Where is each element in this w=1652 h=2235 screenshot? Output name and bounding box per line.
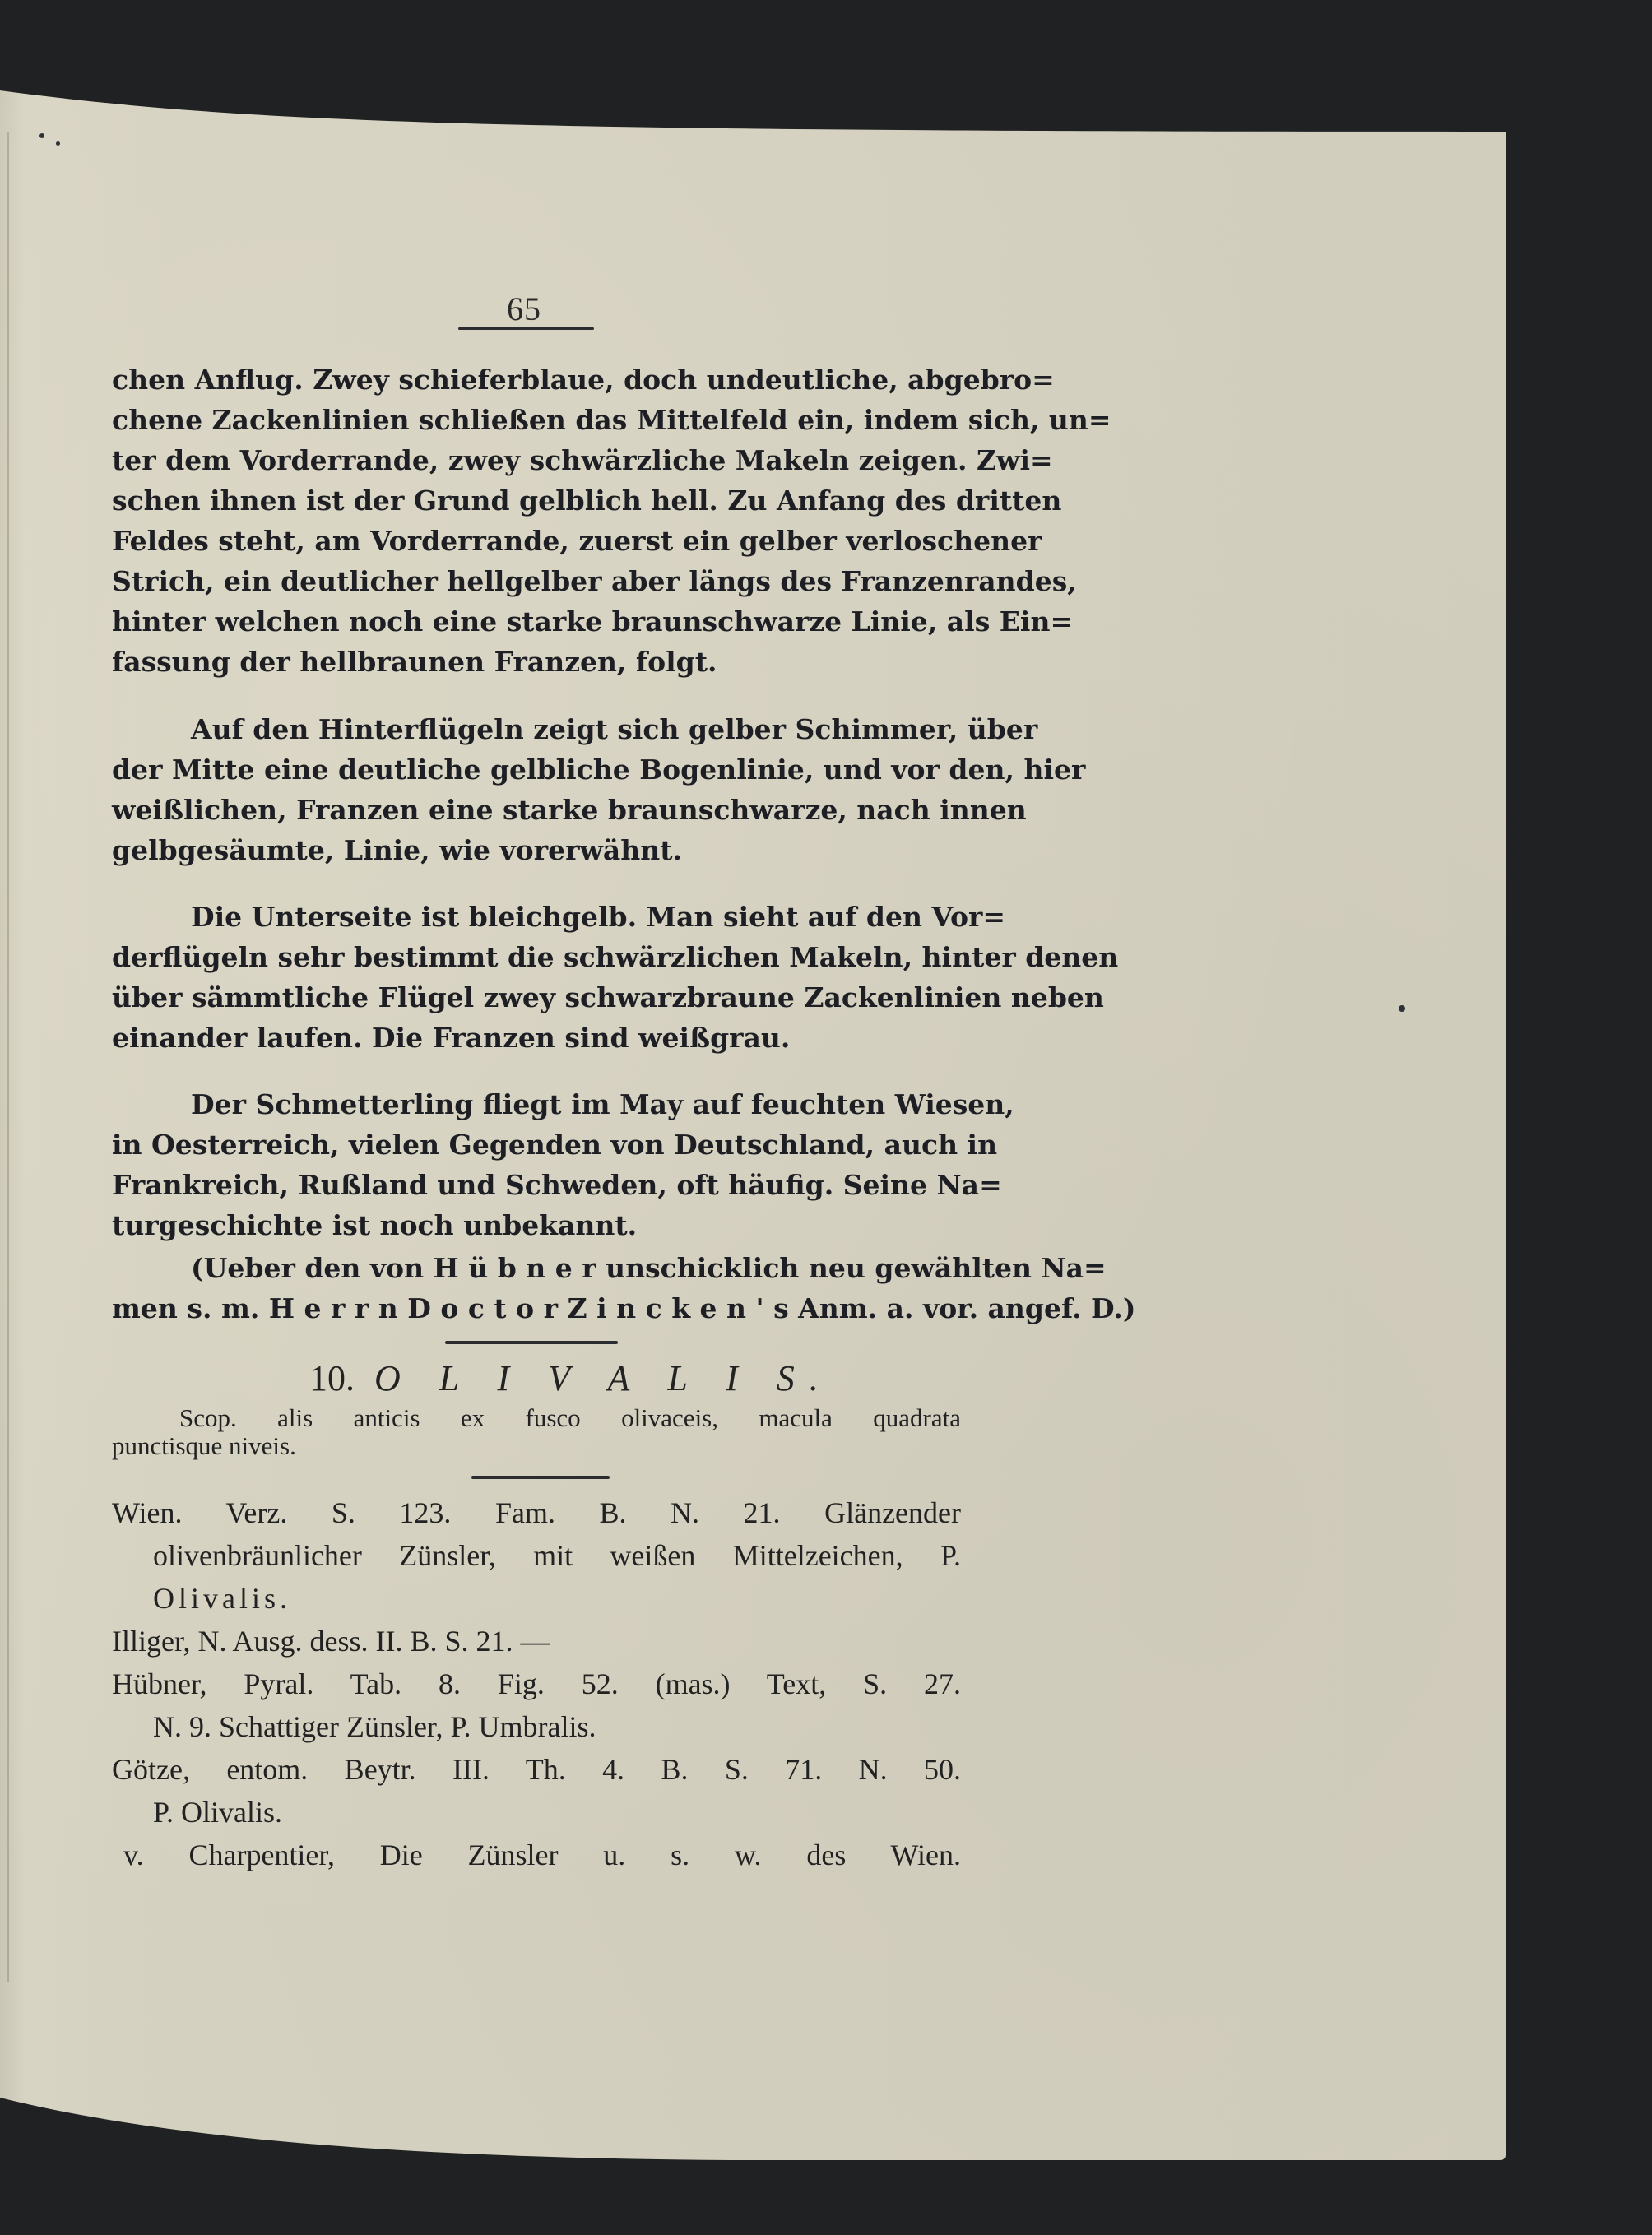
text-line: Feldes steht, am Vorderrande, zuerst ein… [112,523,961,559]
page-number: 65 [507,290,541,328]
text-line: der Mitte eine deutliche gelbliche Bogen… [112,752,961,788]
text-line: chen Anflug. Zwey schieferblaue, doch un… [112,362,961,398]
text-line: Die Unterseite ist bleichgelb. Man sieht… [191,899,961,935]
text-line: fassung der hellbraunen Franzen, folgt. [112,644,961,680]
reference-line: Illiger, N. Ausg. dess. II. B. S. 21. — [112,1624,550,1658]
text-line: weißlichen, Franzen eine starke braunsch… [112,792,961,828]
page-number-rule [458,327,594,330]
reference-line: v. Charpentier, Die Zünsler u. s. w. des… [123,1838,961,1872]
text-line: hinter welchen noch eine starke braunsch… [112,604,961,640]
text-line: gelbgesäumte, Linie, wie vorerwähnt. [112,832,961,869]
text-line: über sämmtliche Flügel zwey schwarzbraun… [112,980,961,1016]
reference-line: Götze, entom. Beytr. III. Th. 4. B. S. 7… [112,1752,961,1787]
text-line: (Ueber den von H ü b n e r unschicklich … [191,1250,961,1287]
reference-line: olivenbräunlicher Zünsler, mit weißen Mi… [153,1538,961,1573]
text-line: schen ihnen ist der Grund gelblich hell.… [112,483,961,519]
text-line: turgeschichte ist noch unbekannt. [112,1208,961,1244]
paper-speck [56,141,60,146]
species-name: O L I V A L I S. [374,1358,833,1398]
reference-line: Hübner, Pyral. Tab. 8. Fig. 52. (mas.) T… [112,1667,961,1701]
text-line: ter dem Vorderrande, zwey schwärzliche M… [112,443,961,479]
section-divider-top [445,1341,618,1344]
text-line: men s. m. H e r r n D o c t o r Z i n c … [112,1291,961,1327]
text-line: in Oesterreich, vielen Gegenden von Deut… [112,1127,961,1163]
text-line: derflügeln sehr bestimmt die schwärzlich… [112,939,961,976]
paper-speck [1399,1005,1405,1012]
text-line: Auf den Hinterflügeln zeigt sich gelber … [191,712,961,748]
reference-line: N. 9. Schattiger Zünsler, P. Umbralis. [153,1709,596,1744]
section-divider-bottom [471,1476,610,1479]
paper-speck [39,133,44,138]
text-line: Der Schmetterling fliegt im May auf feuc… [191,1087,961,1123]
page-gutter-shadow [7,132,9,1982]
text-line: Frankreich, Rußland und Schweden, oft hä… [112,1167,961,1203]
species-number: 10. [309,1358,355,1398]
text-line: Strich, ein deutlicher hellgelber aber l… [112,563,961,600]
text-line: einander laufen. Die Franzen sind weißgr… [112,1020,961,1056]
species-heading: 10.O L I V A L I S. [309,1357,833,1399]
reference-line: Wien. Verz. S. 123. Fam. B. N. 21. Glänz… [112,1495,961,1530]
reference-line: Olivalis. [153,1581,291,1616]
latin-diagnosis-line: Scop. alis anticis ex fusco olivaceis, m… [179,1403,961,1433]
text-line: chene Zackenlinien schließen das Mittelf… [112,402,961,438]
latin-diagnosis-line: punctisque niveis. [112,1431,296,1461]
reference-line: P. Olivalis. [153,1795,282,1829]
